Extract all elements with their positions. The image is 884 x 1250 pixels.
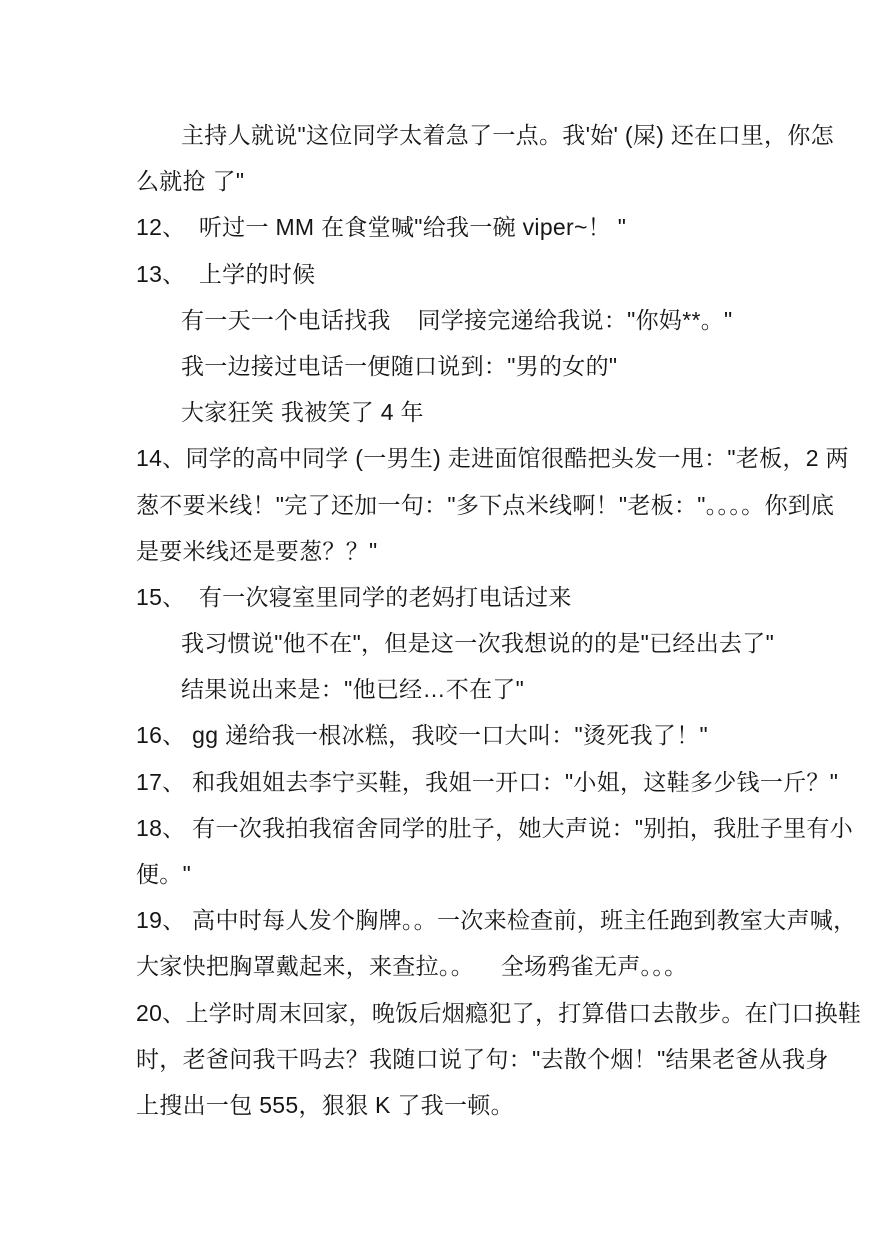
text-line-5: 有一天一个电话找我 同学接完递给我说："你妈**。" — [136, 297, 764, 343]
text-line-9: 葱不要米线！"完了还加一句："多下点米线啊！"老板："。。。。你到底 — [136, 482, 764, 528]
text-line-13: 结果说出来是："他已经…不在了" — [136, 666, 764, 712]
text-line-16: 18、 有一次我拍我宿舍同学的肚子，她大声说："别拍，我肚子里有小 — [136, 805, 764, 851]
text-line-1: 主持人就说"这位同学太着急了一点。我'始' (屎) 还在口里，你怎 — [136, 112, 764, 158]
text-line-18: 19、 高中时每人发个胸牌。。一次来检查前，班主任跑到教室大声喊， — [136, 897, 764, 943]
text-line-7: 大家狂笑 我被笑了 4 年 — [136, 389, 764, 435]
text-line-4: 13、 上学的时候 — [136, 251, 764, 297]
text-line-15: 17、 和我姐姐去李宁买鞋，我姐一开口："小姐，这鞋多少钱一斤？" — [136, 759, 764, 805]
text-line-8: 14、同学的高中同学 (一男生) 走进面馆很酷把头发一甩："老板，2 两 — [136, 435, 764, 481]
text-line-17: 便。" — [136, 851, 764, 897]
text-line-14: 16、 gg 递给我一根冰糕，我咬一口大叫："烫死我了！" — [136, 712, 764, 758]
document-body: 主持人就说"这位同学太着急了一点。我'始' (屎) 还在口里，你怎么就抢 了"1… — [136, 112, 764, 1128]
text-line-12: 我习惯说"他不在"，但是这一次我想说的的是"已经出去了" — [136, 620, 764, 666]
document-page: 主持人就说"这位同学太着急了一点。我'始' (屎) 还在口里，你怎么就抢 了"1… — [0, 0, 884, 1250]
text-line-11: 15、 有一次寝室里同学的老妈打电话过来 — [136, 574, 764, 620]
text-line-22: 上搜出一包 555，狠狠 K 了我一顿。 — [136, 1082, 764, 1128]
text-line-10: 是要米线还是要葱？？" — [136, 528, 764, 574]
text-line-3: 12、 听过一 MM 在食堂喊"给我一碗 viper~！ " — [136, 204, 764, 250]
text-line-20: 20、上学时周末回家，晚饭后烟瘾犯了，打算借口去散步。在门口换鞋 — [136, 990, 764, 1036]
text-line-6: 我一边接过电话一便随口说到："男的女的" — [136, 343, 764, 389]
text-line-21: 时，老爸问我干吗去？我随口说了句："去散个烟！"结果老爸从我身 — [136, 1036, 764, 1082]
text-line-2: 么就抢 了" — [136, 158, 764, 204]
text-line-19: 大家快把胸罩戴起来，来查拉。。 全场鸦雀无声。。。 — [136, 943, 764, 989]
